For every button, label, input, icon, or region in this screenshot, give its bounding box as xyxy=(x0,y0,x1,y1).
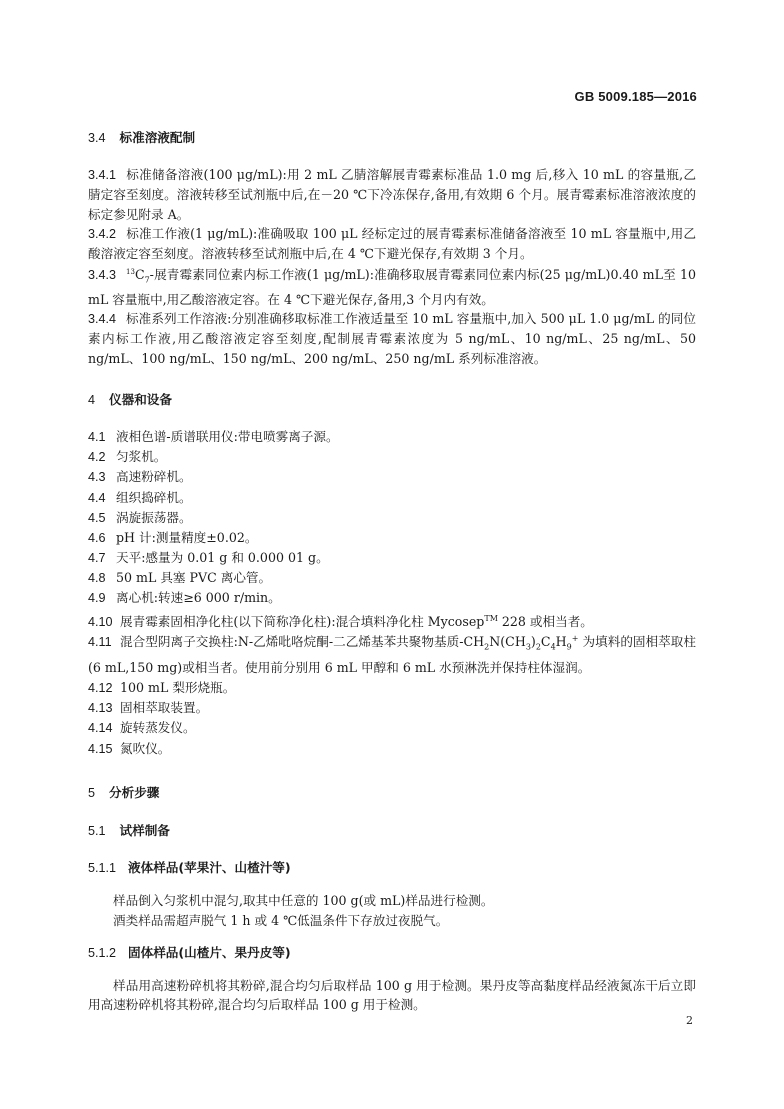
item-number: 4.13 xyxy=(88,698,118,718)
item-text: 涡旋振荡器。 xyxy=(116,510,192,525)
subsection-number: 5.1.2 xyxy=(88,944,116,963)
item-text: 天平:感量为 0.01 g 和 0.000 01 g。 xyxy=(116,550,329,565)
item-text: 展青霉素固相净化柱(以下简称净化柱):混合填料净化柱 Mycosep xyxy=(120,614,484,629)
equipment-item-4-5: 4.5涡旋振荡器。 xyxy=(88,508,696,528)
item-text: 混合型阴离子交换柱:N-乙烯吡咯烷酮-二乙烯基苯共聚物基质-CH xyxy=(120,634,484,649)
clause-text: 标准工作液(1 μg/mL):准确吸取 100 μL 经标定过的展青霉素标准储备… xyxy=(88,226,696,261)
item-text: 液相色谱-质谱联用仪:带电喷雾离子源。 xyxy=(116,429,339,444)
section-heading-5-1: 5.1试样制备 xyxy=(88,821,696,841)
equipment-item-4-9: 4.9离心机:转速≥6 000 r/min。 xyxy=(88,588,696,608)
item-number: 4.14 xyxy=(88,718,118,738)
equipment-item-4-2: 4.2匀浆机。 xyxy=(88,447,696,467)
item-number: 4.2 xyxy=(88,447,112,467)
equipment-item-4-6: 4.6pH 计:测量精度±0.02。 xyxy=(88,528,696,548)
clause-text: 标准储备溶液(100 μg/mL):用 2 mL 乙腈溶解展青霉素标准品 1.0… xyxy=(88,167,696,221)
paragraph: 样品倒入匀浆机中混匀,取其中任意的 100 g(或 mL)样品进行检测。 xyxy=(88,891,696,910)
subsection-number: 5.1.1 xyxy=(88,859,116,878)
clause-3-4-2: 3.4.2标准工作液(1 μg/mL):准确吸取 100 μL 经标定过的展青霉… xyxy=(88,224,696,263)
equipment-item-4-1: 4.1液相色谱-质谱联用仪:带电喷雾离子源。 xyxy=(88,427,696,447)
item-number: 4.4 xyxy=(88,488,112,508)
item-number: 4.3 xyxy=(88,467,112,487)
item-text: 高速粉碎机。 xyxy=(116,469,192,484)
equipment-item-4-13: 4.13固相萃取装置。 xyxy=(88,698,696,718)
clause-text: -展青霉素同位素内标工作液(1 μg/mL):准确移取展青霉素同位素内标(25 … xyxy=(88,267,696,307)
equipment-item-4-7: 4.7天平:感量为 0.01 g 和 0.000 01 g。 xyxy=(88,548,696,568)
chapter-number: 5 xyxy=(88,784,95,803)
item-text-tail: 228 或相当者。 xyxy=(498,614,593,629)
clause-number: 3.4.2 xyxy=(88,225,116,244)
subsection-title: 液体样品(苹果汁、山楂汁等) xyxy=(128,860,291,875)
clause-number: 3.4.4 xyxy=(88,310,116,329)
subsection-title: 固体样品(山楂片、果丹皮等) xyxy=(128,945,291,960)
item-number: 4.1 xyxy=(88,427,112,447)
item-text: 组织捣碎机。 xyxy=(116,490,192,505)
isotope-element: C xyxy=(135,267,145,282)
clause-text: 标准系列工作溶液:分别准确移取标准工作液适量至 10 mL 容量瓶中,加入 50… xyxy=(88,311,696,365)
formula-part: C xyxy=(541,634,551,649)
section-number: 5.1 xyxy=(88,822,106,841)
standard-code: GB 5009.185—2016 xyxy=(575,89,697,104)
equipment-item-4-4: 4.4组织捣碎机。 xyxy=(88,488,696,508)
formula-part: N(CH xyxy=(489,634,526,649)
item-text: 旋转蒸发仪。 xyxy=(120,720,196,735)
clause-number: 3.4.1 xyxy=(88,166,116,185)
paragraph: 样品用高速粉碎机将其粉碎,混合均匀后取样品 100 g 用于检测。果丹皮等高黏度… xyxy=(88,976,696,1014)
clause-3-4-4: 3.4.4标准系列工作溶液:分别准确移取标准工作液适量至 10 mL 容量瓶中,… xyxy=(88,309,696,368)
item-text: 氮吹仪。 xyxy=(120,741,170,756)
clause-3-4-1: 3.4.1标准储备溶液(100 μg/mL):用 2 mL 乙腈溶解展青霉素标准… xyxy=(88,165,696,224)
chapter-title: 仪器和设备 xyxy=(109,392,172,407)
item-text: pH 计:测量精度±0.02。 xyxy=(116,530,257,545)
section-title: 试样制备 xyxy=(120,823,170,838)
item-text: 100 mL 梨形烧瓶。 xyxy=(120,680,235,695)
formula-part: H xyxy=(556,634,567,649)
item-number: 4.7 xyxy=(88,548,112,568)
equipment-item-4-10: 4.10展青霉素固相净化柱(以下简称净化柱):混合填料净化柱 MycosepTM… xyxy=(88,609,696,629)
section-number: 3.4 xyxy=(88,129,106,148)
clause-3-4-3: 3.4.313C7-展青霉素同位素内标工作液(1 μg/mL):准确移取展青霉素… xyxy=(88,263,696,309)
chapter-heading-4: 4仪器和设备 xyxy=(88,390,696,410)
section-heading-3-4: 3.4标准溶液配制 xyxy=(88,128,696,148)
equipment-item-4-8: 4.850 mL 具塞 PVC 离心管。 xyxy=(88,568,696,588)
document-page: GB 5009.185—2016 3.4标准溶液配制 3.4.1标准储备溶液(1… xyxy=(0,0,784,1109)
item-number: 4.9 xyxy=(88,588,112,608)
chapter-heading-5: 5分析步骤 xyxy=(88,783,696,803)
subsection-heading-5-1-1: 5.1.1液体样品(苹果汁、山楂汁等) xyxy=(88,858,696,878)
equipment-item-4-11: 4.11混合型阴离子交换柱:N-乙烯吡咯烷酮-二乙烯基苯共聚物基质-CH2N(C… xyxy=(88,629,696,678)
page-content: 3.4标准溶液配制 3.4.1标准储备溶液(100 μg/mL):用 2 mL … xyxy=(88,128,696,1014)
item-number: 4.5 xyxy=(88,508,112,528)
item-text: 离心机:转速≥6 000 r/min。 xyxy=(116,590,281,605)
item-number: 4.11 xyxy=(88,632,118,652)
clause-number: 3.4.3 xyxy=(88,266,116,285)
item-text: 50 mL 具塞 PVC 离心管。 xyxy=(116,570,271,585)
page-number: 2 xyxy=(686,1014,693,1027)
chapter-number: 4 xyxy=(88,391,95,410)
item-number: 4.15 xyxy=(88,739,118,759)
equipment-item-4-15: 4.15氮吹仪。 xyxy=(88,739,696,759)
equipment-item-4-3: 4.3高速粉碎机。 xyxy=(88,467,696,487)
section-title: 标准溶液配制 xyxy=(120,130,196,145)
chapter-title: 分析步骤 xyxy=(109,785,159,800)
item-text: 匀浆机。 xyxy=(116,449,166,464)
subsection-heading-5-1-2: 5.1.2固体样品(山楂片、果丹皮等) xyxy=(88,943,696,963)
isotope-mass-number: 13 xyxy=(126,268,135,276)
item-number: 4.6 xyxy=(88,528,112,548)
equipment-item-4-12: 4.12100 mL 梨形烧瓶。 xyxy=(88,678,696,698)
item-number: 4.8 xyxy=(88,568,112,588)
trademark-mark: TM xyxy=(484,614,498,623)
formula-subscript: 9 xyxy=(567,643,572,652)
paragraph: 酒类样品需超声脱气 1 h 或 4 ℃低温条件下存放过夜脱气。 xyxy=(88,911,696,930)
item-text: 固相萃取装置。 xyxy=(120,700,208,715)
equipment-item-4-14: 4.14旋转蒸发仪。 xyxy=(88,718,696,738)
item-number: 4.12 xyxy=(88,678,118,698)
